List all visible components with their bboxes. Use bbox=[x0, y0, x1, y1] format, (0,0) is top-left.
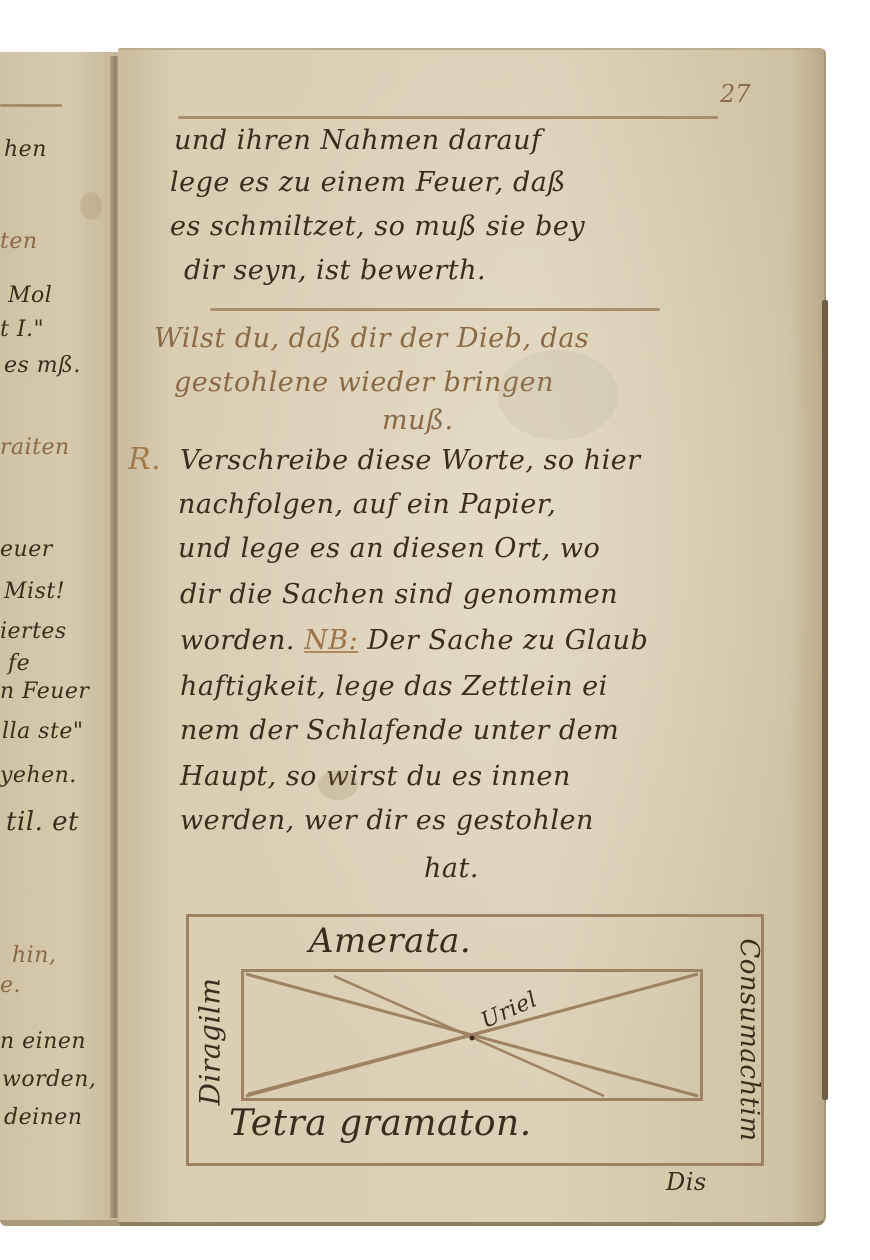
left-fragment: fe bbox=[8, 650, 30, 678]
diagram-right-label: Consumachtim bbox=[734, 920, 764, 1160]
diagram-inner-rectangle: Uriel bbox=[241, 969, 703, 1101]
top-rule bbox=[178, 116, 718, 119]
left-fragment: yehen. bbox=[0, 762, 77, 790]
text-line: dir seyn, ist bewerth. bbox=[184, 254, 486, 288]
left-fragment: Mol bbox=[8, 282, 52, 310]
body-line: Haupt, so wirst du es innen bbox=[180, 760, 571, 794]
left-fragment: worden, bbox=[2, 1066, 96, 1094]
diagonal-cross-icon bbox=[244, 972, 700, 1098]
recipe-body: Verschreibe diese Worte, so hier nachfol… bbox=[180, 444, 820, 884]
left-fragment: n Feuer bbox=[0, 678, 89, 706]
body-text: Der Sache zu Glaub bbox=[367, 625, 648, 656]
left-fragment: lla ste" bbox=[2, 718, 83, 746]
continuation-section: und ihren Nahmen darauf lege es zu einem… bbox=[174, 124, 804, 294]
body-line: dir die Sachen sind genommen bbox=[180, 578, 618, 612]
left-fragment: raiten bbox=[0, 434, 70, 462]
section-divider-rule bbox=[210, 308, 660, 311]
heading-line: muß. bbox=[382, 404, 454, 438]
left-fragment: n einen bbox=[0, 1028, 86, 1056]
left-fragment: hen bbox=[4, 136, 47, 164]
text-line: lege es zu einem Feuer, daß bbox=[170, 166, 566, 200]
text-line: es schmiltzet, so muß sie bey bbox=[170, 210, 585, 244]
page-number: 27 bbox=[720, 80, 751, 108]
body-line: werden, wer dir es gestohlen bbox=[180, 804, 594, 838]
body-line: hat. bbox=[424, 852, 479, 886]
left-fragment: ten bbox=[0, 228, 38, 256]
heading-line: Wilst du, daß dir der Dieb, das bbox=[154, 322, 589, 356]
body-line: haftigkeit, lege das Zettlein ei bbox=[180, 670, 608, 704]
diagram-bottom-label: Tetra gramaton. bbox=[229, 1103, 532, 1144]
left-fragment: deinen bbox=[4, 1104, 83, 1132]
open-book: hen ten Mol t I." es mß. raiten euer Mis… bbox=[0, 0, 870, 1260]
left-fragment: hin, bbox=[12, 942, 56, 970]
right-page: 27 und ihren Nahmen darauf lege es zu ei… bbox=[118, 48, 826, 1226]
body-line: und lege es an diesen Ort, wo bbox=[178, 532, 600, 566]
left-fragment: til. et bbox=[6, 808, 79, 836]
body-line-with-nb: worden. NB: Der Sache zu Glaub bbox=[180, 624, 648, 658]
response-marker: R. bbox=[128, 442, 161, 477]
text-line: und ihren Nahmen darauf bbox=[174, 124, 541, 158]
left-fragment: t I." bbox=[0, 316, 44, 344]
nota-bene-mark: NB: bbox=[304, 625, 358, 656]
left-page-rule bbox=[0, 104, 62, 107]
back-cover-edge bbox=[822, 300, 828, 1100]
left-fragment: iertes bbox=[0, 618, 67, 646]
diagram-top-label: Amerata. bbox=[309, 921, 471, 961]
catchword: Dis bbox=[666, 1168, 707, 1196]
left-fragment: es mß. bbox=[4, 352, 81, 380]
left-fragment: Mist! bbox=[4, 578, 65, 606]
left-fragment: e. bbox=[0, 972, 21, 1000]
body-line: Verschreibe diese Worte, so hier bbox=[180, 444, 641, 478]
paper-stain bbox=[498, 350, 618, 440]
magic-square-diagram: Amerata. Diragilm Consumachtim Uriel Tet… bbox=[186, 914, 764, 1166]
diagram-left-label: Diragilm bbox=[194, 937, 227, 1147]
body-line: nem der Schlafende unter dem bbox=[180, 714, 619, 748]
left-fragment: euer bbox=[0, 536, 53, 564]
left-page: hen ten Mol t I." es mß. raiten euer Mis… bbox=[0, 52, 118, 1226]
paper-stain bbox=[80, 192, 102, 220]
paper-stain bbox=[318, 770, 358, 800]
body-text: worden. bbox=[180, 625, 295, 656]
body-line: nachfolgen, auf ein Papier, bbox=[178, 488, 556, 522]
recipe-heading: Wilst du, daß dir der Dieb, das gestohle… bbox=[154, 322, 794, 452]
